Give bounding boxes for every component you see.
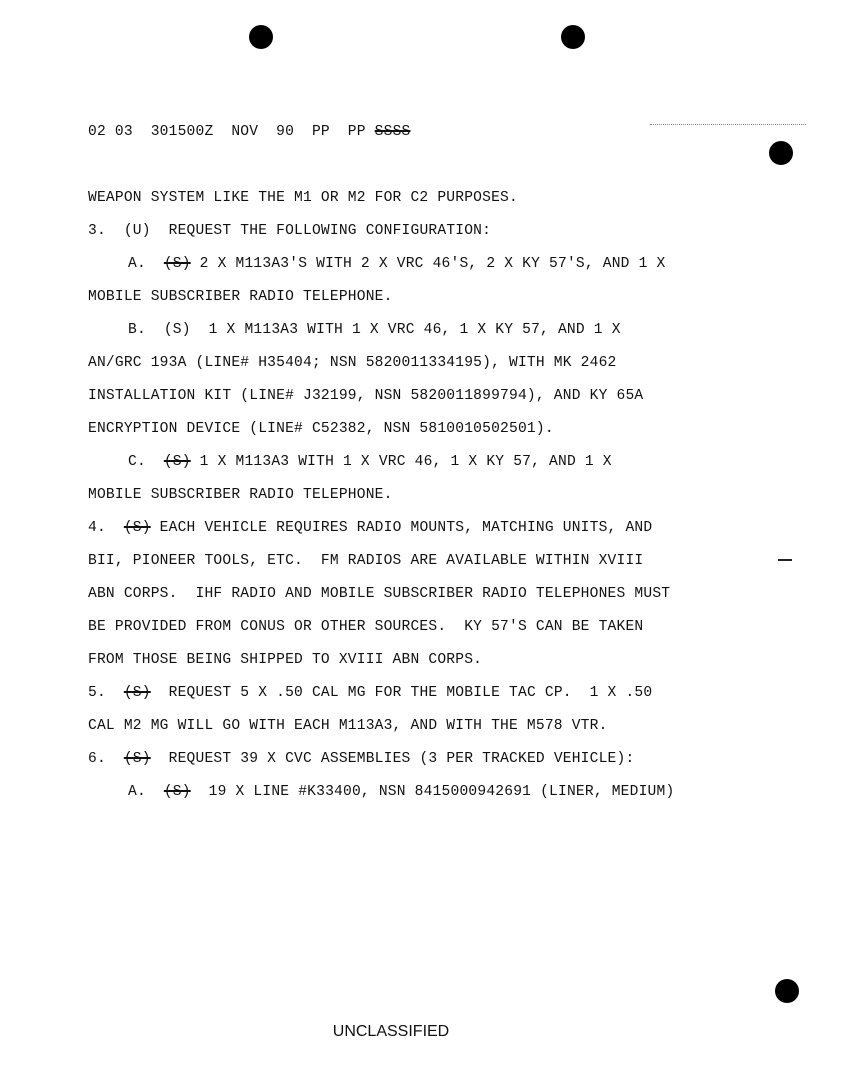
line-text: 1 X M113A3 WITH 1 X VRC 46, 1 X KY 57, A… bbox=[191, 454, 612, 470]
line-text: FROM THOSE BEING SHIPPED TO XVIII ABN CO… bbox=[88, 652, 482, 668]
line-prefix: 4. bbox=[88, 520, 124, 536]
line-text: REQUEST THE FOLLOWING CONFIGURATION: bbox=[169, 223, 491, 239]
body-line: 4. (S) EACH VEHICLE REQUIRES RADIO MOUNT… bbox=[88, 519, 652, 537]
struck-classification-code: SSSS bbox=[375, 124, 411, 140]
line-text: REQUEST 5 X .50 CAL MG FOR THE MOBILE TA… bbox=[151, 685, 653, 701]
body-line: ENCRYPTION DEVICE (LINE# C52382, NSN 581… bbox=[88, 420, 554, 438]
line-text: EACH VEHICLE REQUIRES RADIO MOUNTS, MATC… bbox=[151, 520, 653, 536]
line-text: ABN CORPS. IHF RADIO AND MOBILE SUBSCRIB… bbox=[88, 586, 670, 602]
line-text: WEAPON SYSTEM LIKE THE M1 OR M2 FOR C2 P… bbox=[88, 190, 518, 206]
line-prefix: 5. bbox=[88, 685, 124, 701]
struck-classification-marking: (S) bbox=[164, 256, 191, 272]
scan-artifact-dotted-line bbox=[650, 124, 806, 125]
body-line: INSTALLATION KIT (LINE# J32199, NSN 5820… bbox=[88, 387, 643, 405]
line-text: MOBILE SUBSCRIBER RADIO TELEPHONE. bbox=[88, 289, 393, 305]
line-text: AN/GRC 193A (LINE# H35404; NSN 582001133… bbox=[88, 355, 617, 371]
line-prefix: 6. bbox=[88, 751, 124, 767]
body-line: AN/GRC 193A (LINE# H35404; NSN 582001133… bbox=[88, 354, 617, 372]
struck-classification-marking: (S) bbox=[164, 784, 191, 800]
line-text: INSTALLATION KIT (LINE# J32199, NSN 5820… bbox=[88, 388, 643, 404]
line-prefix: 3. (U) bbox=[88, 223, 169, 239]
header-text: 02 03 301500Z NOV 90 PP PP bbox=[88, 124, 375, 140]
margin-dash-mark bbox=[778, 559, 792, 561]
punch-hole-top-right bbox=[561, 25, 585, 49]
line-text: BII, PIONEER TOOLS, ETC. FM RADIOS ARE A… bbox=[88, 553, 643, 569]
body-line: B. (S) 1 X M113A3 WITH 1 X VRC 46, 1 X K… bbox=[88, 321, 621, 339]
body-line: 3. (U) REQUEST THE FOLLOWING CONFIGURATI… bbox=[88, 222, 491, 240]
line-text: CAL M2 MG WILL GO WITH EACH M113A3, AND … bbox=[88, 718, 608, 734]
line-prefix: A. bbox=[128, 256, 164, 272]
body-line: C. (S) 1 X M113A3 WITH 1 X VRC 46, 1 X K… bbox=[88, 453, 612, 471]
body-line: BE PROVIDED FROM CONUS OR OTHER SOURCES.… bbox=[88, 618, 643, 636]
line-text: BE PROVIDED FROM CONUS OR OTHER SOURCES.… bbox=[88, 619, 643, 635]
struck-classification-marking: (S) bbox=[164, 454, 191, 470]
line-text: 1 X M113A3 WITH 1 X VRC 46, 1 X KY 57, A… bbox=[209, 322, 621, 338]
line-text: 19 X LINE #K33400, NSN 8415000942691 (LI… bbox=[191, 784, 675, 800]
punch-hole-right-lower bbox=[775, 979, 799, 1003]
body-line: 6. (S) REQUEST 39 X CVC ASSEMBLIES (3 PE… bbox=[88, 750, 634, 768]
body-line: CAL M2 MG WILL GO WITH EACH M113A3, AND … bbox=[88, 717, 608, 735]
line-prefix: B. (S) bbox=[128, 322, 209, 338]
punch-hole-right-upper bbox=[769, 141, 793, 165]
body-line: FROM THOSE BEING SHIPPED TO XVIII ABN CO… bbox=[88, 651, 482, 669]
body-line: ABN CORPS. IHF RADIO AND MOBILE SUBSCRIB… bbox=[88, 585, 670, 603]
line-text: 2 X M113A3'S WITH 2 X VRC 46'S, 2 X KY 5… bbox=[191, 256, 666, 272]
body-line: MOBILE SUBSCRIBER RADIO TELEPHONE. bbox=[88, 288, 393, 306]
body-line: A. (S) 19 X LINE #K33400, NSN 8415000942… bbox=[88, 783, 674, 801]
body-line: 5. (S) REQUEST 5 X .50 CAL MG FOR THE MO… bbox=[88, 684, 652, 702]
body-line: MOBILE SUBSCRIBER RADIO TELEPHONE. bbox=[88, 486, 393, 504]
punch-hole-top-left bbox=[249, 25, 273, 49]
line-text: MOBILE SUBSCRIBER RADIO TELEPHONE. bbox=[88, 487, 393, 503]
line-text: ENCRYPTION DEVICE (LINE# C52382, NSN 581… bbox=[88, 421, 554, 437]
classification-footer: UNCLASSIFIED bbox=[0, 1023, 782, 1041]
line-prefix: A. bbox=[128, 784, 164, 800]
message-header: 02 03 301500Z NOV 90 PP PP SSSS bbox=[88, 123, 411, 141]
struck-classification-marking: (S) bbox=[124, 751, 151, 767]
struck-classification-marking: (S) bbox=[124, 520, 151, 536]
line-prefix: C. bbox=[128, 454, 164, 470]
struck-classification-marking: (S) bbox=[124, 685, 151, 701]
body-line: A. (S) 2 X M113A3'S WITH 2 X VRC 46'S, 2… bbox=[88, 255, 665, 273]
body-line: WEAPON SYSTEM LIKE THE M1 OR M2 FOR C2 P… bbox=[88, 189, 518, 207]
body-line: BII, PIONEER TOOLS, ETC. FM RADIOS ARE A… bbox=[88, 552, 643, 570]
line-text: REQUEST 39 X CVC ASSEMBLIES (3 PER TRACK… bbox=[151, 751, 635, 767]
